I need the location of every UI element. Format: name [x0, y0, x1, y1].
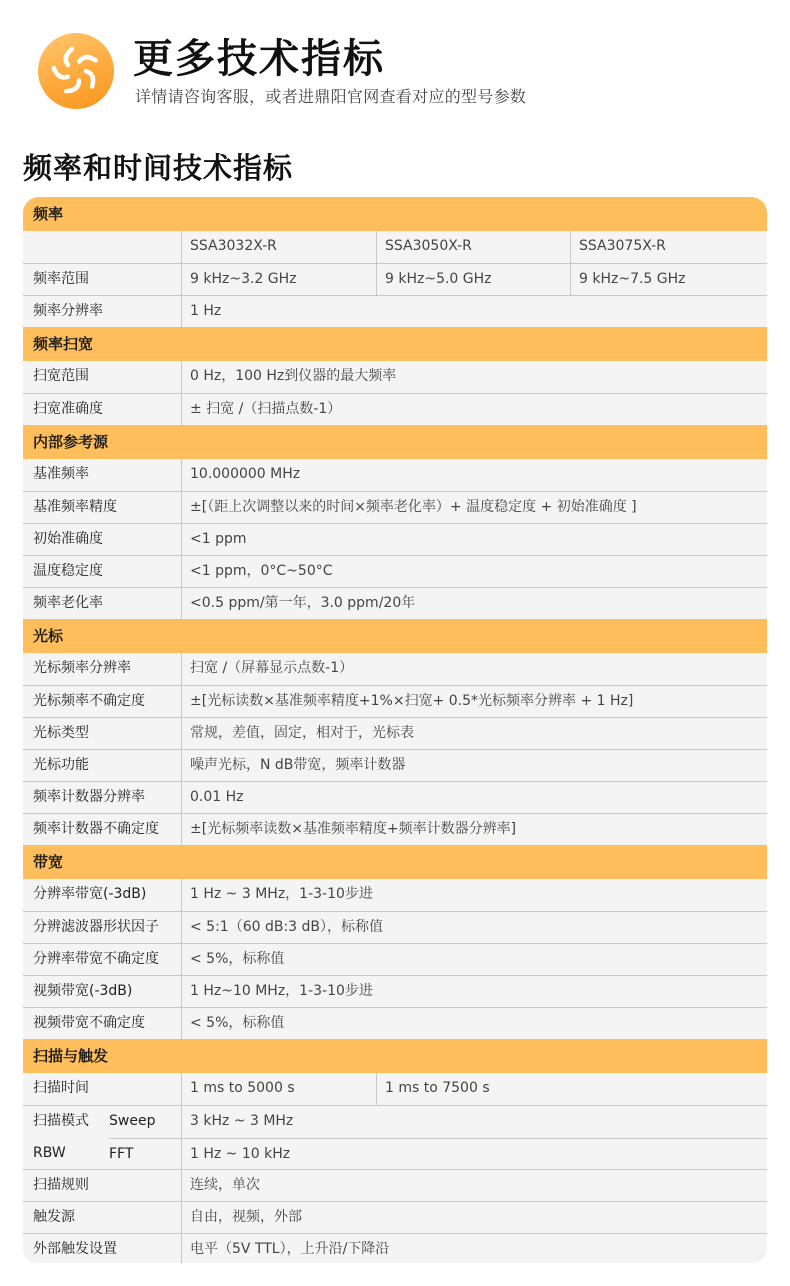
row-value: 0.01 Hz	[182, 782, 767, 813]
section-title: 频率和时间技术指标	[23, 148, 293, 188]
row-label: 基准频率精度	[23, 492, 182, 523]
row-label: 视频带宽(-3dB)	[23, 976, 182, 1007]
row-value: ±[（距上次调整以来的时间×频率老化率）+ 温度稳定度 + 初始准确度 ]	[182, 492, 767, 523]
row-label: 扫宽准确度	[23, 394, 182, 425]
row-value: 0 Hz，100 Hz到仪器的最大频率	[182, 361, 767, 393]
row-value: 9 kHz~5.0 GHz	[377, 264, 571, 295]
table-row: 视频带宽不确定度 < 5%，标称值	[23, 1007, 767, 1039]
table-row: 外部触发设置 电平（5V TTL），上升沿/下降沿	[23, 1233, 767, 1263]
table-row: 扫宽准确度 ± 扫宽 /（扫描点数-1）	[23, 393, 767, 425]
row-value: 常规，差值，固定，相对于，光标表	[182, 718, 767, 749]
row-value: 3 kHz ~ 3 MHz	[182, 1106, 767, 1138]
table-row: 光标频率分辨率 扫宽 /（屏幕显示点数-1）	[23, 653, 767, 685]
row-value: 1 Hz ~ 3 MHz，1-3-10步进	[182, 879, 767, 911]
hero-subtitle: 详情请咨询客服，或者进鼎阳官网查看对应的型号参数	[135, 85, 526, 109]
section-header-span: 频率扫宽	[23, 327, 767, 361]
table-row: 频率老化率 <0.5 ppm/第一年，3.0 ppm/20年	[23, 587, 767, 619]
table-row: 频率计数器分辨率 0.01 Hz	[23, 781, 767, 813]
row-value: 1 ms to 5000 s	[182, 1073, 377, 1105]
row-value: 自由，视频，外部	[182, 1202, 767, 1233]
row-value: 1 ms to 7500 s	[377, 1073, 767, 1105]
table-row-sweep-time: 扫描时间 1 ms to 5000 s 1 ms to 7500 s	[23, 1073, 767, 1105]
table-row: 频率分辨率 1 Hz	[23, 295, 767, 327]
section-header-bandwidth: 带宽	[23, 845, 767, 879]
hero-banner: 更多技术指标 详情请咨询客服，或者进鼎阳官网查看对应的型号参数	[38, 33, 778, 113]
row-value: 1 Hz ~ 10 kHz	[182, 1138, 767, 1170]
table-row-rbw-mode: 扫描模式 RBW Sweep FFT 3 kHz ~ 3 MHz 1 Hz ~ …	[23, 1105, 767, 1169]
table-row: 温度稳定度 <1 ppm，0°C~50°C	[23, 555, 767, 587]
mode-label: FFT	[109, 1138, 181, 1170]
row-value: < 5%，标称值	[182, 1008, 767, 1039]
row-label: 频率分辨率	[23, 296, 182, 327]
row-value: 1 Hz	[182, 296, 767, 327]
table-row: 频率范围 9 kHz~3.2 GHz 9 kHz~5.0 GHz 9 kHz~7…	[23, 263, 767, 295]
row-label: 触发源	[23, 1202, 182, 1233]
row-label: 光标频率分辨率	[23, 653, 182, 685]
table-row: 扫描规则 连续，单次	[23, 1169, 767, 1201]
row-label	[23, 231, 182, 263]
table-row: 分辨滤波器形状因子 < 5:1（60 dB:3 dB），标称值	[23, 911, 767, 943]
table-row: 光标类型 常规，差值，固定，相对于，光标表	[23, 717, 767, 749]
section-header-frequency: 频率	[23, 197, 767, 231]
table-row: 触发源 自由，视频，外部	[23, 1201, 767, 1233]
row-label: 扫宽范围	[23, 361, 182, 393]
section-header-marker: 光标	[23, 619, 767, 653]
table-row: 视频带宽(-3dB) 1 Hz~10 MHz，1-3-10步进	[23, 975, 767, 1007]
row-label: 扫描模式	[33, 1106, 89, 1137]
row-label: 温度稳定度	[23, 556, 182, 587]
row-value: ± 扫宽 /（扫描点数-1）	[182, 394, 767, 425]
row-label: 扫描规则	[23, 1170, 182, 1201]
row-value: <1 ppm	[182, 524, 767, 555]
row-value: ±[光标频率读数×基准频率精度+频率计数器分辨率]	[182, 814, 767, 845]
table-row: 频率计数器不确定度 ±[光标频率读数×基准频率精度+频率计数器分辨率]	[23, 813, 767, 845]
table-row: 基准频率 10.000000 MHz	[23, 459, 767, 491]
row-value: 电平（5V TTL），上升沿/下降沿	[182, 1234, 767, 1263]
row-label: 频率计数器分辨率	[23, 782, 182, 813]
row-label: 频率计数器不确定度	[23, 814, 182, 845]
row-label: 视频带宽不确定度	[23, 1008, 182, 1039]
row-label: 频率范围	[23, 264, 182, 295]
row-value: 9 kHz~7.5 GHz	[571, 264, 767, 295]
section-header-sweep: 扫描与触发	[23, 1039, 767, 1073]
model-name: SSA3032X-R	[182, 231, 377, 263]
row-value: 9 kHz~3.2 GHz	[182, 264, 377, 295]
row-value: < 5:1（60 dB:3 dB），标称值	[182, 912, 767, 943]
table-row-models: SSA3032X-R SSA3050X-R SSA3075X-R	[23, 231, 767, 263]
row-value: 10.000000 MHz	[182, 459, 767, 491]
row-value: 噪声光标，N dB带宽，频率计数器	[182, 750, 767, 781]
row-value: <1 ppm，0°C~50°C	[182, 556, 767, 587]
row-label: 基准频率	[23, 459, 182, 491]
row-label: 光标类型	[23, 718, 182, 749]
row-value: <0.5 ppm/第一年，3.0 ppm/20年	[182, 588, 767, 619]
table-row: 光标功能 噪声光标，N dB带宽，频率计数器	[23, 749, 767, 781]
hero-title: 更多技术指标	[133, 33, 385, 85]
row-label: 外部触发设置	[23, 1234, 182, 1263]
rbw-values: 3 kHz ~ 3 MHz 1 Hz ~ 10 kHz	[182, 1106, 767, 1169]
swirl-icon	[38, 33, 114, 109]
table-row: 初始准确度 <1 ppm	[23, 523, 767, 555]
row-label: 频率老化率	[23, 588, 182, 619]
spec-table: 频率 SSA3032X-R SSA3050X-R SSA3075X-R 频率范围…	[23, 197, 767, 1263]
table-row: 光标频率不确定度 ±[光标读数×基准频率精度+1%×扫宽+ 0.5*光标频率分辨…	[23, 685, 767, 717]
table-row: 分辨率带宽(-3dB) 1 Hz ~ 3 MHz，1-3-10步进	[23, 879, 767, 911]
table-row: 基准频率精度 ±[（距上次调整以来的时间×频率老化率）+ 温度稳定度 + 初始准…	[23, 491, 767, 523]
row-value: 扫宽 /（屏幕显示点数-1）	[182, 653, 767, 685]
model-name: SSA3075X-R	[571, 231, 767, 263]
row-label: 光标频率不确定度	[23, 686, 182, 717]
model-name: SSA3050X-R	[377, 231, 571, 263]
rbw-labels: 扫描模式 RBW Sweep FFT	[23, 1106, 182, 1169]
table-row: 扫宽范围 0 Hz，100 Hz到仪器的最大频率	[23, 361, 767, 393]
row-label: 分辨率带宽(-3dB)	[23, 879, 182, 911]
row-value: ±[光标读数×基准频率精度+1%×扫宽+ 0.5*光标频率分辨率 + 1 Hz]	[182, 686, 767, 717]
row-value: 连续，单次	[182, 1170, 767, 1201]
row-label: 光标功能	[23, 750, 182, 781]
section-header-reference: 内部参考源	[23, 425, 767, 459]
row-label: 扫描时间	[23, 1073, 182, 1105]
row-value: < 5%，标称值	[182, 944, 767, 975]
row-label: 初始准确度	[23, 524, 182, 555]
row-label: 分辨滤波器形状因子	[23, 912, 182, 943]
row-label: 分辨率带宽不确定度	[23, 944, 182, 975]
row-value: 1 Hz~10 MHz，1-3-10步进	[182, 976, 767, 1007]
row-label: RBW	[33, 1138, 66, 1169]
table-row: 分辨率带宽不确定度 < 5%，标称值	[23, 943, 767, 975]
mode-label: Sweep	[109, 1106, 181, 1138]
